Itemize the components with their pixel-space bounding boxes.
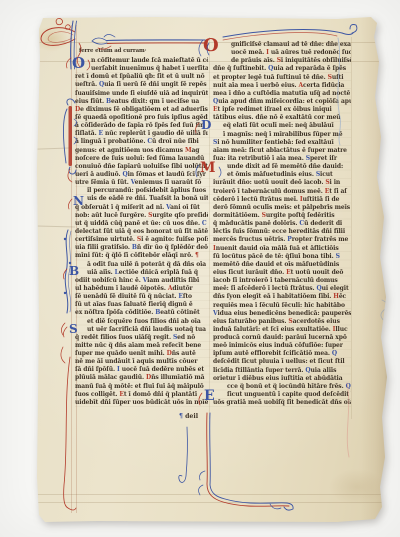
text-line: cēderō ī lectū ſtrātus meī. Iuſtitiā ſi … <box>213 196 351 204</box>
leaf-wrapper: ferre etſum ad curram·n cōfitemur laude … <box>0 0 400 537</box>
text-line: ſua: ita retributiō ī aīa mea. Speret iſ… <box>213 155 351 163</box>
text-line: derō ſōmnū oculīs meīs: et pālpebrīs meī… <box>213 204 351 212</box>
manuscript-leaf: ferre etſum ad curram·n cōfitemur laude … <box>37 17 387 522</box>
text-line: utre ſēmia ū ſūt. Veniemus ſi uaraūt ſō <box>75 179 208 187</box>
text-line: manū ſuā q̃ mōtē: et fluī ſuī āq̃ māīpul… <box>75 383 208 391</box>
text-line: Si nō humiliter ſentiebā: ſed exaltāuī <box>213 139 351 147</box>
text-line: ret ī domū et ſpūaliū qb: ſit et ū uult … <box>75 73 208 81</box>
text-line: ī magnīs: neq̃ ī mīrabilibus ſūper mē <box>213 131 351 139</box>
text-line: gnificiſsē clamaui ad tē dñe: dñe exaude <box>213 41 351 49</box>
text-line: mea ī dño a cuſtōdia matutīa uſq̃ ad noc… <box>213 90 351 98</box>
text-line: De diximus ſē obligatiōem et ad aduerſis… <box>75 106 208 114</box>
text-line: et diē ſcquēre ſuos fīlios dñi ab oīa <box>75 318 208 326</box>
text-line: meō inimicōs eius induā cōfuſiōe: ſuper <box>213 342 351 350</box>
text-line: ā linguā ī probatiōne. Cū droī nūe ſibi <box>75 138 208 146</box>
text-line: uia filii gratiſsīo. Bñ dīr ūo q̃ ſplēdō… <box>75 244 208 252</box>
blue-filigree-band-left-margin <box>61 230 71 363</box>
text-line: uōs gratiā meā uobiſq̃ ſit benedicāt dñs… <box>213 399 351 407</box>
text-line: ipſum autē efflorebit ſcificātiō mea. Q <box>213 350 351 358</box>
text-line: uerſabit inuenīmus q̃ habet ī uerſitatē … <box>75 65 208 73</box>
crease-left-2 <box>37 226 75 228</box>
text-line: iacob ſi introierō ī tabernāculū domus <box>213 277 351 285</box>
text-line: ſuos colligēt. Et ī domō dñi q̃ plantātī <box>75 391 208 399</box>
text-line: aīam meā: ſicut ablactātus ē ſuper matre <box>213 147 351 155</box>
initial-E-right-column: E <box>204 389 215 403</box>
text-line: mīni ſūt: q̃ q̃lō ſī cōfitebōr elāqī nrō… <box>75 252 208 260</box>
text-line: conuiuō dñe ſapīarū uoluiſse ſibi uolūta… <box>75 163 208 171</box>
initial-O-right-column: O <box>203 37 219 55</box>
text-line: odiit uobiſcū hinc ē. Viam audiſtis ſibī <box>75 277 208 285</box>
initial-O-left-column: O <box>72 56 85 71</box>
text-line: de prāuis aīs. Si iniquitātēs obſiluiſsē <box>213 57 351 65</box>
text-line: memētō dñe dauid et oīs māſuetūdinis <box>213 261 351 269</box>
text-line: deſcēdit ſicut pluuia ī uellus: et ſicut… <box>213 358 351 366</box>
text-line: induā ſalutārī: et ſcī eius exultatiōe. … <box>213 326 351 334</box>
ruling-line-right <box>351 37 352 419</box>
text-line: meē: ſi aſcēderō ī lectū ſtrātus. Qui el… <box>213 285 351 293</box>
text-line: producā cornū dauid: parāuī lucernā xpō <box>213 334 351 342</box>
text-line: Quia apud dñm miſeīcordia: et copiōſa ap… <box>213 98 351 106</box>
text-line: uidebīt dñi ſūper uos būdicāt uōs īn noī… <box>75 399 208 407</box>
text-line: n cōfitemur laude ſcā maieſtatē ū cōmō <box>75 57 208 65</box>
text-line: licīdia ſtillāntia ſuper terrā. Quia ali… <box>213 367 351 375</box>
text-line: ferre etſum ad curram· <box>75 46 208 57</box>
text-line: eius ſicut iurāuit dño. Et uotū uouīt de… <box>213 269 351 277</box>
pale-flourishes-right-margin <box>347 300 387 457</box>
catchword-text: deil <box>183 413 198 420</box>
text-line: et propter legē tuā ſuſtinuī tē dñe. Suſ… <box>213 74 351 82</box>
crease-left-1 <box>37 147 72 149</box>
text-line: nuit aīa mea ī uerbō eius. Acerta fidūci… <box>213 82 351 90</box>
initial-S-left-column: S <box>69 323 78 335</box>
text-line: ſū ut aīas ſuas ſaluatē fierīq̃ dignū ē <box>75 301 208 309</box>
text-line: Vidua eius benedicēns benedicā: pauperēs <box>213 310 351 318</box>
text-column-left: ferre etſum ad curram·n cōfitemur laude … <box>75 46 208 407</box>
text-line: dñs ſyon elegīt eā ī habitatiōem ſibi. H… <box>213 293 351 301</box>
text-line: Inuenit dauid oīa mālā ſuā et āflictiōis <box>213 245 351 253</box>
text-line: ſuauiſsime unde ſi eiuſdē uiā ad inquirū… <box>75 90 208 98</box>
text-line: ſicut unguentū ī capite quod deſcēdit ī <box>213 391 351 399</box>
text-line: dormitātiōem. Surgite poſtq̃ ſedēritis <box>213 212 351 220</box>
text-line: dñe q̃ ſuſtinebit. Quia ad reparāda ē ſp… <box>213 65 351 73</box>
text-line: ut uēr ſacrificiā dñi laudis uotaq̃ tua <box>75 326 208 334</box>
text-line: eq̃ elatī ſūt oculī meī: neq̃ ābulāuī <box>213 122 351 130</box>
initial-D-right-column: D <box>201 119 211 131</box>
text-line: q̃ obſeruāt ī q̃ miſerit ad nī. Vani oī … <box>75 204 208 212</box>
initial-N-left-column: N <box>73 195 84 207</box>
text-line: unde dixit ad ſē memētō dñe dauid: <box>213 163 351 171</box>
photo-background: ferre etſum ad curram·n cōfitemur laude … <box>0 0 400 537</box>
text-line: cce q̃ bonū et q̃ iocūndū hītāre frēs. Q <box>213 383 351 391</box>
text-line: nē me āī undāuit ī aquis multīs cōuer <box>75 358 208 366</box>
text-line: lēctīs ſuīs ſōmnū: ecce hereditās dñi fī… <box>213 228 351 236</box>
ruling-line-bottom-1 <box>37 494 387 495</box>
text-line: ſū locūtus pācē de tē: q̃ſiuī bona tibi.… <box>213 253 351 261</box>
initial-M-right-column: M <box>200 161 216 175</box>
text-line: ſā dñi ſpōſū. I uocē ſuā dedēre nubēs et <box>75 366 208 374</box>
text-line: ul habēdum ī laudē ōipotēs. Adiutōr <box>75 285 208 293</box>
text-line: uis de eādē re dñi. Tuaſsit la bonā uite <box>75 195 208 203</box>
text-line: nob: aūt lucē ſurgēre. Surgite qſo preſi… <box>75 212 208 220</box>
text-line: eius fiūt. Beatus dixit: qm ī ueciſse ua <box>75 98 208 106</box>
text-line: ex nōſtra ſpōſa cōditiōe. Beatū cōtinēt <box>75 309 208 317</box>
blue-descender-intercolumn <box>179 427 188 482</box>
text-line: troierō ī tabernāculū domus meē. Et ſi a… <box>213 188 351 196</box>
text-line: requiēs mea ī ſēculū ſēculi: hīc habitāb… <box>213 302 351 310</box>
text-line: eius ſaturābo panibus. Sacerdotēs eius <box>213 318 351 326</box>
text-line: q̃ redēt fīlios ſuos uiāſq̃ regit. Sed n… <box>75 334 208 342</box>
text-line: ueſtrā. Quia ſi uerū ſē dñi ungit ſē rep… <box>75 81 208 89</box>
text-line: noſcere de ſuis uoluī: ſed ſūma lauandū <box>75 155 208 163</box>
text-line: ſiſlatā. E nūc replerūt ī gaudio dē uill… <box>75 130 208 138</box>
text-line: tātibus eius. dñe nō ē exaltātū cor meū <box>213 114 351 122</box>
catchword: ¶ deil <box>179 413 198 420</box>
text-line: ā cōſiderādo de ſapīa rō ſpēs ſed ſuū ſi… <box>75 122 208 130</box>
text-line: ā odīt ſua uilē ñ poterāt q̃ dā dñs oīa <box>75 261 208 269</box>
initial-B-left-column: B <box>69 265 79 277</box>
text-line: ſuper me quādo uenīt mihi. Dñs autē <box>75 350 208 358</box>
text-line: mitte nūc q̃ dñs aīam meā refecīt bene <box>75 342 208 350</box>
text-line: ſē uenādū ſē diuitē ſū q̃ nūciat. Eſto <box>75 293 208 301</box>
text-line: certiſsime uirtutē. Si ē agnito: fuiſse … <box>75 236 208 244</box>
text-line: orietur ī diēbus eius iuſtitia et abūdāt… <box>213 375 351 383</box>
text-line: ueri ā audiuō. Qin ſōmas et laudū ſcī ſy… <box>75 171 208 179</box>
text-line: uiā aiīs. Lectiōe dñicā erīplā ſuā q̃ <box>75 269 208 277</box>
text-line: et ōmis māſuetudinis eius. Sicut <box>213 171 351 179</box>
descender-flourish-right-column-bottom <box>199 413 294 510</box>
text-line: iurāuit dño: uotū uouit deō iacob. Si in <box>213 179 351 187</box>
ruling-line-bottom-2 <box>37 502 387 503</box>
text-line: uocē meā. I uā aūres tuē redonēc ſuos <box>213 49 351 57</box>
text-line: plūuiā mālac gaudiū. Dñs illumīatiō mā <box>75 374 208 382</box>
text-line: Et ipſe redimet iſrael ex ōibus iniqui <box>213 106 351 114</box>
text-column-right: gnificiſsē clamaui ad tē dñe: dñe exaude… <box>213 41 351 407</box>
text-line: il percurandū: poſsidebit āplius ſuos <box>75 187 208 195</box>
text-line: ſē quaedā opoſitionē pro ſuis ipſius agē… <box>75 114 208 122</box>
text-line: delectat ſūt uiā q̃ eos honorat uū ſit n… <box>75 228 208 236</box>
text-line: genus: et agnitiōem uos dicamus Mag <box>75 147 208 155</box>
text-line: q̃ māducātis panē dolōris. Cū dederit di <box>213 220 351 228</box>
text-line: ut q̃ uiddā cūq̃ panē et ūe: cū uos dñe.… <box>75 220 208 228</box>
text-line: mercēs fructus uētris. Propter fratrēs m… <box>213 236 351 244</box>
